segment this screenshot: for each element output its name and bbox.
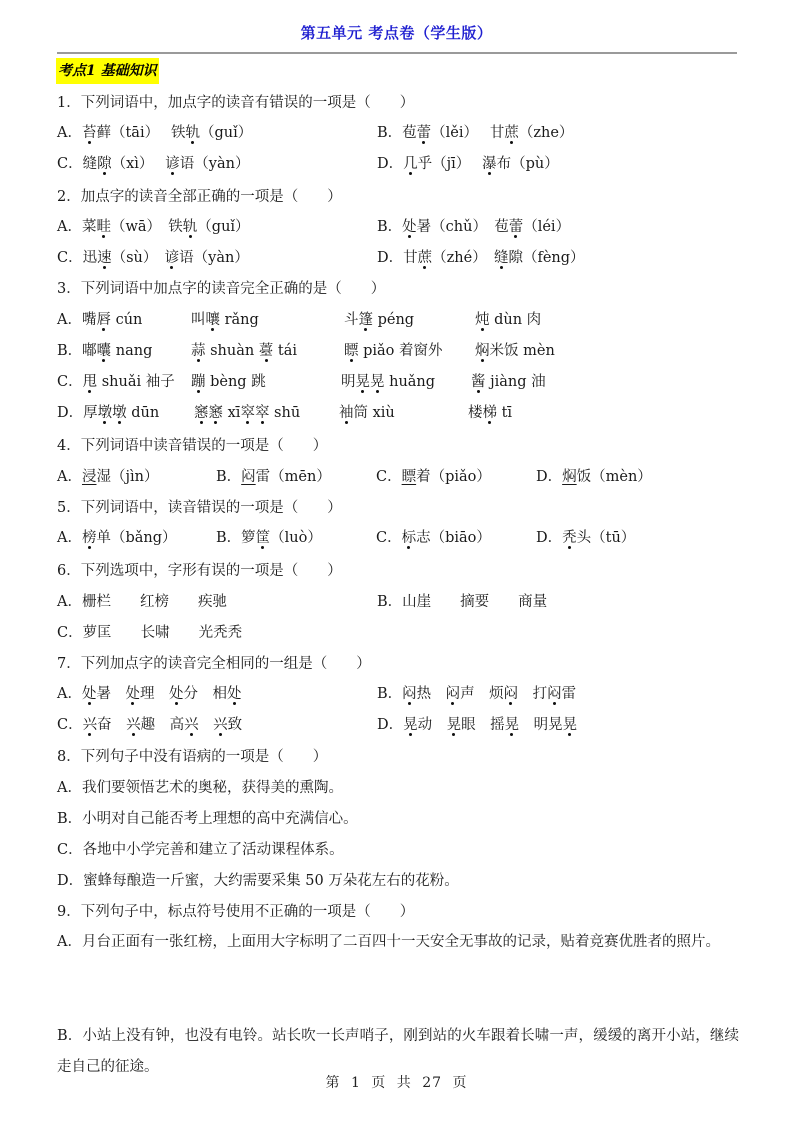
emphasized-char: 处 [125,686,140,702]
emphasized-char: 蕾 [417,125,432,141]
text-run: C． [376,530,402,546]
emphasized-char: 蔗 [504,125,519,141]
emphasized-char: 蒜 [191,343,206,359]
text-run: 明 [341,374,356,390]
option-d[interactable]: D．晃动 晃眼 摇晃 明晃晃 [377,712,577,738]
emphasized-char: 蔗 [418,250,433,266]
emphasized-char: 蹦 [191,374,206,390]
text-run: 声 烦 [460,686,504,702]
emphasized-char: 隙 [97,156,112,172]
text-run: 语（yàn） [180,156,250,172]
option-a[interactable]: A．处暑 处理 处分 相处 [57,681,241,707]
text-run: B．箩 [216,530,256,546]
emphasized-char: 筐 [256,530,271,546]
text-run: rǎng [220,312,259,328]
emphasized-char: 晃 [563,717,578,733]
text-run: A．嘴 [57,312,96,328]
text-run: （sù） [112,250,165,266]
option-a[interactable]: A．苔藓（tāi） 铁轨（guǐ） [57,120,252,146]
text-run: D． [536,530,562,546]
emphasized-char: 标 [402,530,417,546]
text-run: shū [269,405,300,421]
emphasized-char: 瀑 [482,156,497,172]
emphasized-char: 梯 [483,405,498,421]
option-d[interactable]: D．几乎（jī） 瀑布（pù） [377,151,559,177]
emphasized-char: 闷 [446,686,461,702]
question-8-option-c[interactable]: C．各地中小学完善和建立了活动课程体系。 [57,837,344,863]
emphasized-char: 闷 [547,686,562,702]
text-run: 布（pù） [497,156,559,172]
text-run: （wā） 铁 [111,219,183,235]
text-run: A． [57,469,82,485]
emphasized-char: 谚 [165,250,180,266]
text-run: 打 [518,686,547,702]
text-run: （lěi） 甘 [431,125,504,141]
term: 炖 dùn 肉 [475,307,541,333]
emphasized-char: 兴 [184,717,199,733]
text-run: 理 [140,686,169,702]
emphasized-char: 兴 [213,717,228,733]
term: 楼梯 tī [468,400,512,426]
text-run: cún [111,312,142,328]
text-run: bèng 跳 [206,374,266,390]
question-6-stem: 6．下列选项中，字形有误的一项是（ ） [57,558,342,584]
emphasized-char: 晃 [505,717,520,733]
text-run: C．萝匡 长啸 光秃秃 [57,625,242,641]
text-run: 头（tū） [577,530,636,546]
text-run: A．我们要领悟艺术的奥秘，获得美的熏陶。 [57,780,343,796]
option-b[interactable]: B．箩筐（luò） [216,525,322,551]
term: 袖筒 xiù [339,400,395,426]
text-run: 米饭 mèn [490,343,555,359]
term: A．嘴唇 cún [57,307,142,333]
text-run: A．月台正面有一张红榜，上面用大字标明了二百四十一天安全无事故的记录，贴着竞赛优… [57,934,720,950]
emphasized-char: 篷 [359,312,374,328]
text-run: A． [57,686,82,702]
text-run: D．甘 [377,250,418,266]
page-title: 第五单元 考点卷（学生版） [0,22,793,43]
text-run: tái [273,343,297,359]
text-run: piǎo 着窗外 [359,343,443,359]
text-run: （xì） [112,156,166,172]
emphasized-char: 窸 [194,405,209,421]
question-8-option-b[interactable]: B．小明对自己能否考上理想的高中充满信心。 [57,806,358,832]
text-run: 热 [417,686,446,702]
text-run: 雷 [562,686,577,702]
term: 明晃晃 huǎng [341,369,435,395]
text-run: 藓（tāi） 铁 [96,125,185,141]
text-run: C．各地中小学完善和建立了活动课程体系。 [57,842,344,858]
option-b[interactable]: B．处暑（chǔ） 苞蕾（léi） [377,214,570,240]
emphasized-char: 秃 [562,530,577,546]
text-run: D． [377,156,403,172]
text-run: D．厚 [57,405,98,421]
text-run: 趣 高 [141,717,185,733]
text-run: huǎng [385,374,436,390]
text-run: D． [536,469,562,485]
question-4-stem: 4．下列词语中读音错误的一项是（ ） [57,433,327,459]
term: 窸窸 xī窣窣 shū [194,400,300,426]
emphasized-char: 墩 [98,405,113,421]
emphasized-char: 轨 [183,219,198,235]
term: C．甩 shuǎi 袖子 [57,369,175,395]
emphasized-char: 晃 [403,717,418,733]
underlined-char: 浸 [82,469,97,485]
term: B．嘟囔 nang [57,338,152,364]
text-run: （guǐ） [200,125,252,141]
text-run: 语（yàn） [179,250,249,266]
option-c[interactable]: C．兴奋 兴趣 高兴 兴致 [57,712,242,738]
term: 焖米饭 mèn [475,338,555,364]
text-run: D．蜜蜂每酿造一斤蜜，大约需要采集 50 万朵花左右的花粉。 [57,873,459,889]
text-run: （guǐ） [197,219,249,235]
emphasized-char: 晃 [370,374,385,390]
term: 瞟 piǎo 着窗外 [344,338,443,364]
emphasized-char: 嚷 [206,312,221,328]
emphasized-char: 畦 [96,219,111,235]
header-divider [57,52,737,54]
question-8-stem: 8．下列句子中没有语病的一项是（ ） [57,744,327,770]
text-run: 致 [228,717,243,733]
text-run: B．山崖 摘要 商量 [377,594,547,610]
question-9-option-a[interactable]: A．月台正面有一张红榜，上面用大字标明了二百四十一天安全无事故的记录，贴着竞赛优… [57,927,739,958]
underlined-char: 闷 [241,469,256,485]
text-run: A．栅栏 红榜 疾驰 [57,594,227,610]
option-d[interactable]: D．甘蔗（zhé） 缝隙（fèng） [377,245,585,271]
option-c[interactable]: C．标志（biāo） [376,525,491,551]
text-run: B．小明对自己能否考上理想的高中充满信心。 [57,811,358,827]
question-2-stem: 2．加点字的读音全部正确的一项是（ ） [57,184,342,210]
option-c[interactable]: C．缝隙（xì） 谚语（yàn） [57,151,249,177]
text-run: B． [377,686,402,702]
underlined-char: 瞟 [402,469,417,485]
emphasized-char: 袖 [339,405,354,421]
term: 斗篷 péng [344,307,414,333]
emphasized-char: 速 [97,250,112,266]
emphasized-char: 墩 [112,405,127,421]
text-run: 楼 [468,405,483,421]
emphasized-char: 窣 [240,405,255,421]
emphasized-char: 窸 [209,405,224,421]
text-run: A． [57,125,82,141]
question-1-stem: 1．下列词语中，加点字的读音有错误的一项是（ ） [57,90,414,116]
emphasized-char: 谚 [165,156,180,172]
emphasized-char: 缝 [494,250,509,266]
text-run: D． [377,717,403,733]
emphasized-char: 几 [403,156,418,172]
option-b[interactable]: B．闷雷（mēn） [216,464,331,490]
text-run: 奋 [97,717,126,733]
term: 蹦 bèng 跳 [191,369,266,395]
emphasized-char: 兴 [126,717,141,733]
emphasized-char: 窣 [255,405,270,421]
text-run: C．迅 [57,250,97,266]
option-c[interactable]: C．萝匡 长啸 光秃秃 [57,620,242,646]
question-8-option-a[interactable]: A．我们要领悟艺术的奥秘，获得美的熏陶。 [57,775,343,801]
text-run: （léi） [523,219,570,235]
option-d[interactable]: D．秃头（tū） [536,525,635,551]
option-a[interactable]: A．榜单（bǎng） [57,525,177,551]
emphasized-char: 瞟 [344,343,359,359]
text-run: （zhé） [432,250,494,266]
emphasized-char: 炖 [475,312,490,328]
text-run: C． [376,469,402,485]
text-run: dūn [127,405,160,421]
text-run: 筒 xiù [354,405,395,421]
emphasized-char: 晃 [447,717,462,733]
text-run: C．缝 [57,156,97,172]
emphasized-char: 处 [82,686,97,702]
text-run: 动 [418,717,447,733]
emphasized-char: 闷 [402,686,417,702]
text-run: 眼 摇 [461,717,505,733]
option-d[interactable]: D．焖饭（mèn） [536,464,652,490]
text-run: 饭（mèn） [577,469,652,485]
question-5-stem: 5．下列词语中，读音错误的一项是（ ） [57,495,342,521]
text-run: shuǎi 袖子 [97,374,175,390]
text-run: tī [497,405,512,421]
term: 酱 jiàng 油 [471,369,546,395]
text-run: （zhe） [519,125,574,141]
text-run: 湿（jìn） [96,469,158,485]
option-a[interactable]: A．菜畦（wā） 铁轨（guǐ） [57,214,250,240]
term: 蒜 shuàn 薹 tái [191,338,297,364]
option-a[interactable]: A．浸湿（jìn） [57,464,158,490]
emphasized-char: 唇 [96,312,111,328]
text-run: xī [223,405,240,421]
emphasized-char: 焖 [475,343,490,359]
term: 叫嚷 rǎng [191,307,259,333]
text-run: A．菜 [57,219,96,235]
emphasized-char: 闷 [504,686,519,702]
emphasized-char: 囔 [97,343,112,359]
question-9-stem: 9．下列句子中，标点符号使用不正确的一项是（ ） [57,899,414,925]
text-run: C． [57,717,83,733]
text-run: 单（bǎng） [96,530,176,546]
text-run: 分 相 [183,686,227,702]
option-a[interactable]: A．栅栏 红榜 疾驰 [57,589,227,615]
question-7-stem: 7．下列加点字的读音完全相同的一组是（ ） [57,651,371,677]
text-run: B． [377,219,402,235]
emphasized-char: 甩 [83,374,98,390]
option-b[interactable]: B．山崖 摘要 商量 [377,589,547,615]
text-run: B．小站上没有钟，也没有电铃。站长吹一长声哨子，刚到站的火车跟着长啸一声，缓缓的… [57,1028,739,1075]
text-run: 雷（mēn） [256,469,331,485]
option-c[interactable]: C．迅速（sù） 谚语（yàn） [57,245,249,271]
text-run: B．苞 [377,125,417,141]
emphasized-char: 苔 [82,125,97,141]
text-run: 暑 [96,686,125,702]
option-b[interactable]: B．苞蕾（lěi） 甘蔗（zhe） [377,120,573,146]
text-run: 着（piǎo） [416,469,491,485]
section-label: 考点1 基础知识 [56,58,159,84]
emphasized-char: 蕾 [509,219,524,235]
option-c[interactable]: C．瞟着（piǎo） [376,464,491,490]
underlined-char: 焖 [562,469,577,485]
text-run: nang [111,343,152,359]
text-run: A． [57,530,82,546]
question-8-option-d[interactable]: D．蜜蜂每酿造一斤蜜，大约需要采集 50 万朵花左右的花粉。 [57,868,459,894]
page-number: 第 1 页 共 27 页 [0,1072,793,1092]
text-run: 隙（fèng） [508,250,584,266]
text-run: péng [373,312,414,328]
emphasized-char: 处 [227,686,242,702]
emphasized-char: 晃 [356,374,371,390]
emphasized-char: 酱 [471,374,486,390]
emphasized-char: 处 [402,219,417,235]
text-run: 明晃 [519,717,563,733]
emphasized-char: 处 [169,686,184,702]
text-run [199,717,214,733]
text-run: 暑（chǔ） 苞 [417,219,509,235]
text-run: shuàn [206,343,259,359]
text-run: 叫 [191,312,206,328]
emphasized-char: 轨 [185,125,200,141]
term: D．厚墩墩 dūn [57,400,159,426]
emphasized-char: 兴 [83,717,98,733]
text-run: C． [57,374,83,390]
emphasized-char: 薹 [259,343,274,359]
text-run: B．嘟 [57,343,97,359]
text-run: 斗 [344,312,359,328]
text-run: （luò） [270,530,322,546]
text-run: dùn 肉 [490,312,542,328]
text-run: B． [216,469,241,485]
option-b[interactable]: B．闷热 闷声 烦闷 打闷雷 [377,681,576,707]
text-run: 乎（jī） [418,156,483,172]
text-run: jiàng 油 [486,374,546,390]
question-3-stem: 3．下列词语中加点字的读音完全正确的是（ ） [57,276,385,302]
text-run: 志（biāo） [416,530,491,546]
emphasized-char: 榜 [82,530,97,546]
